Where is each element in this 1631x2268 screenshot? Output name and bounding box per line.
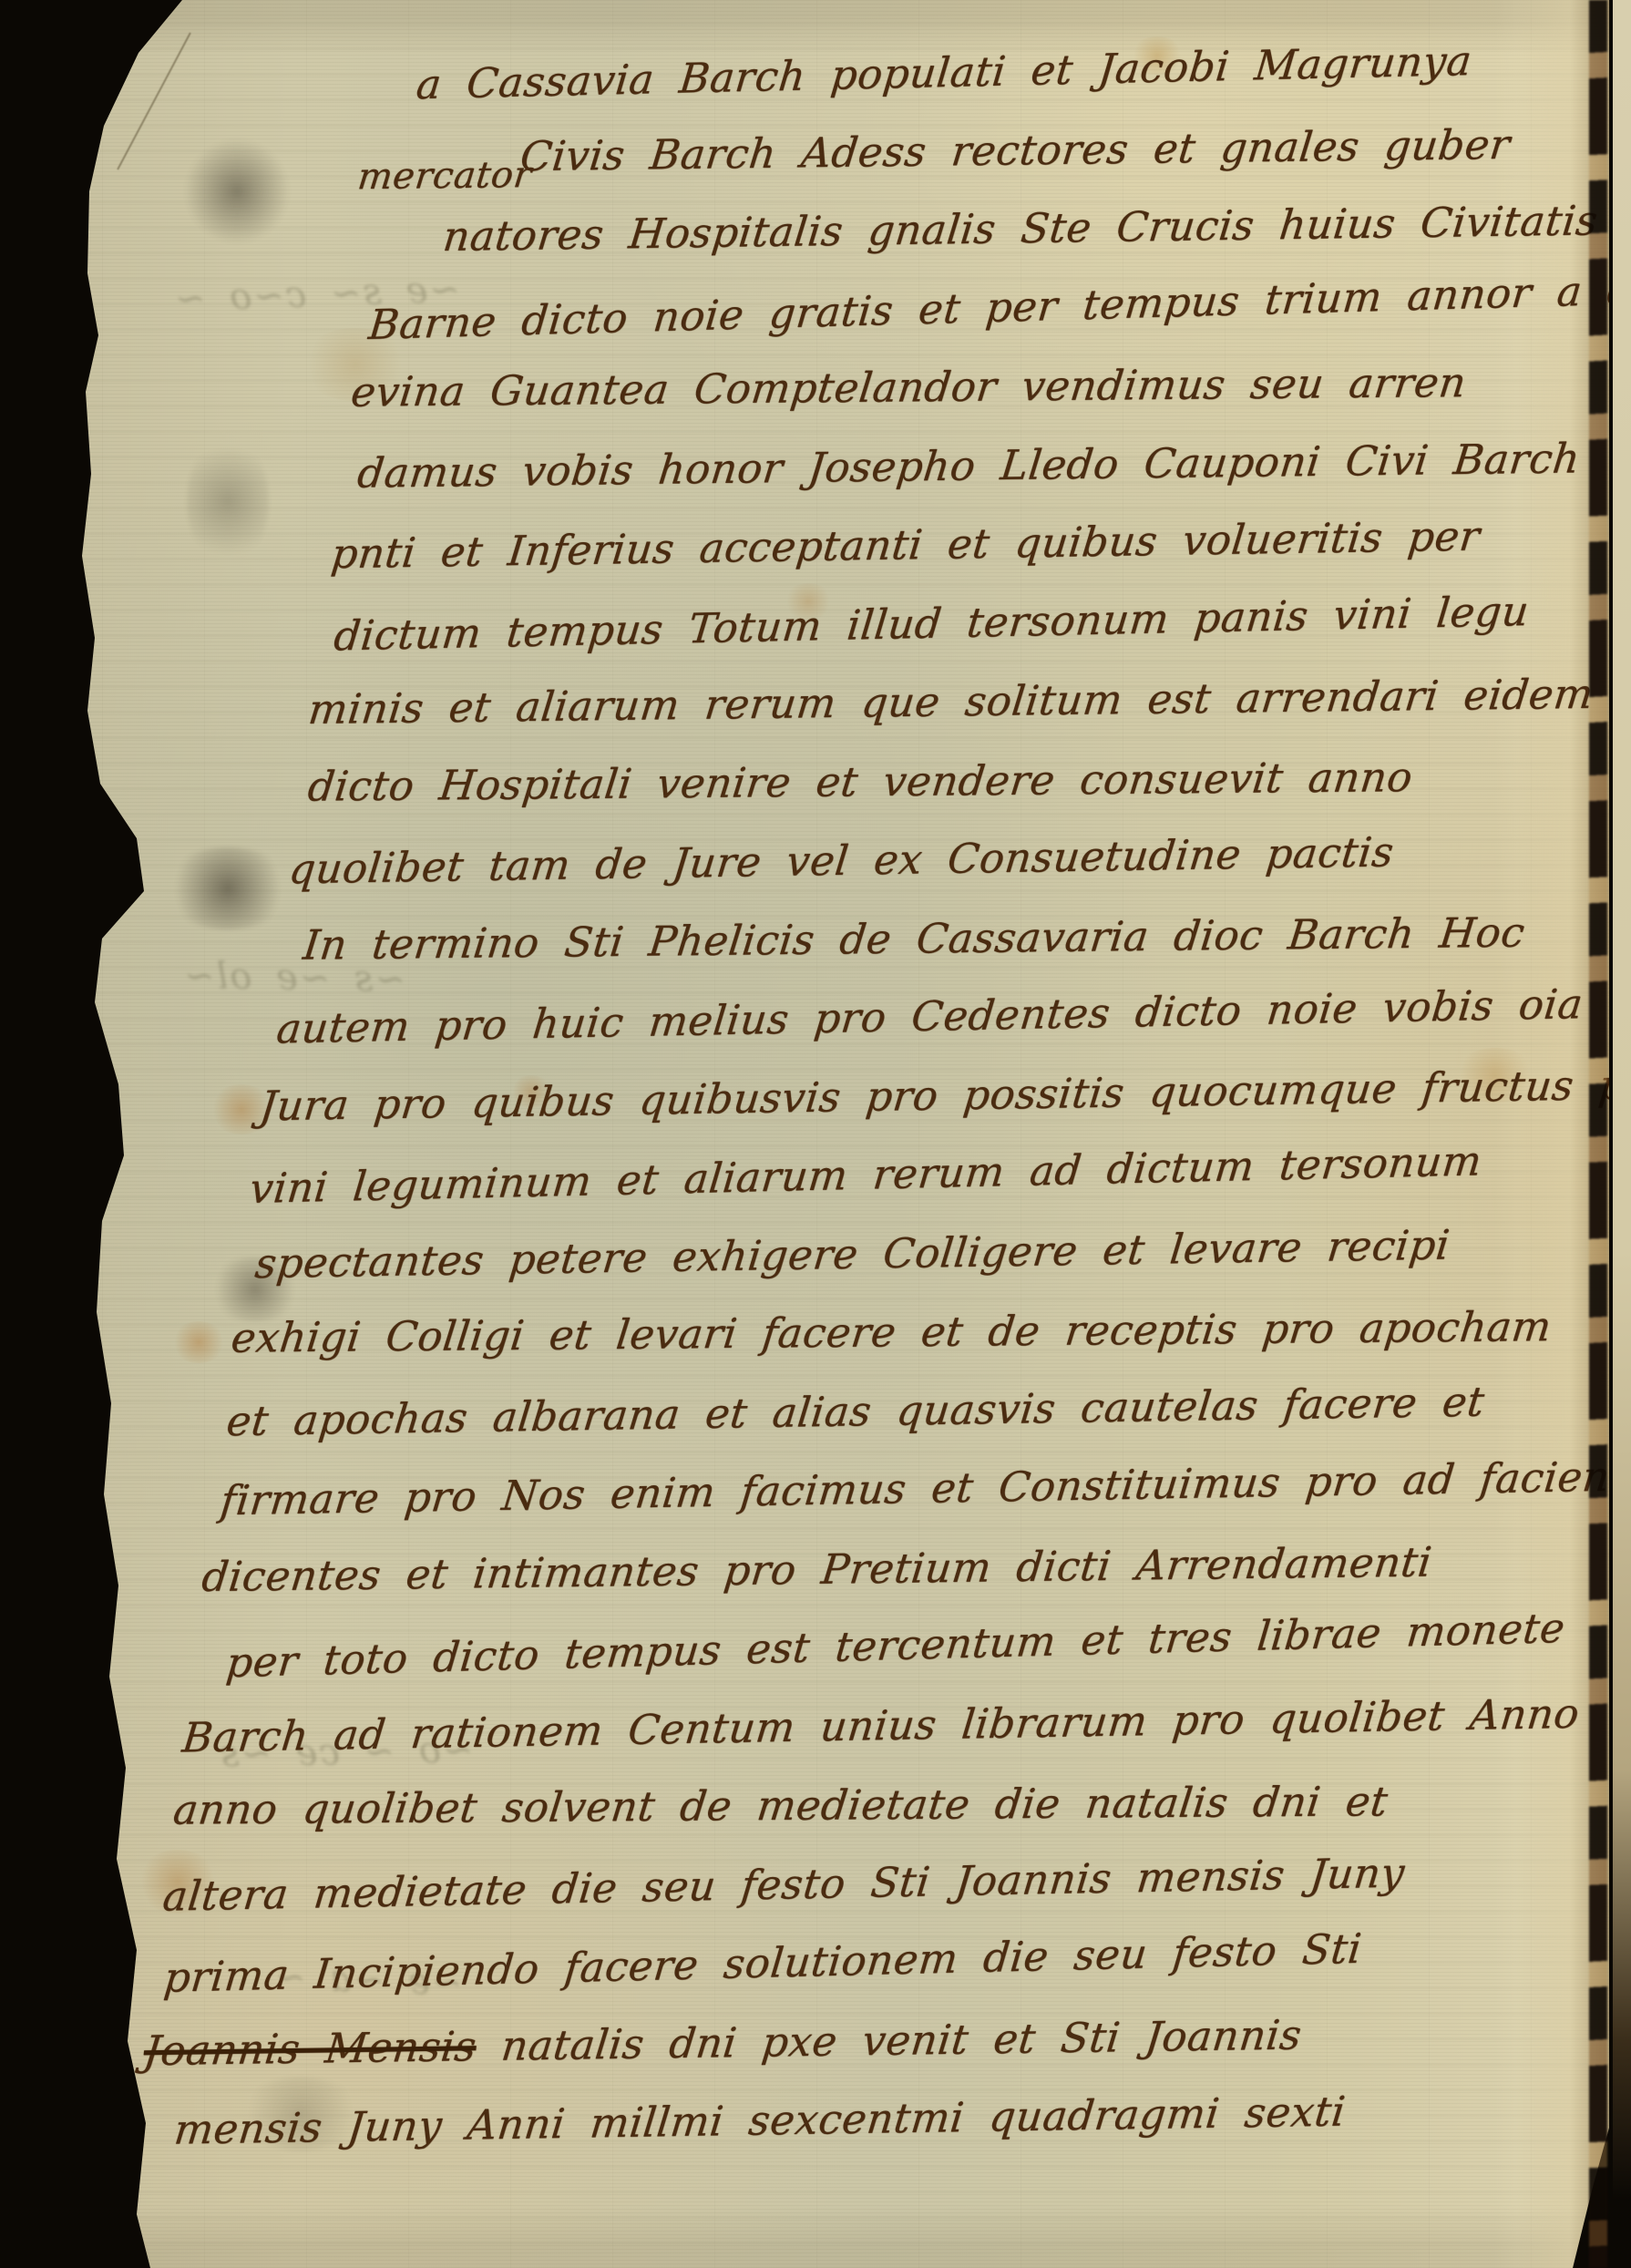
manuscript-line-26-strikethrough: Joannis Mensis — [141, 2022, 478, 2075]
manuscript-line-17: exhigi Colligi et levari facere et de re… — [227, 1288, 1440, 1378]
manuscript-scan: ~e s~ c~o ~ ~s ~e ol~ ~o ~ ce ~s ~e ~a ~… — [0, 0, 1631, 2268]
manuscript-line-23: anno quolibet solvent de medietate die n… — [169, 1762, 1381, 1850]
manuscript-line-10: dicto Hospitali venire et vendere consue… — [294, 737, 1507, 826]
manuscript-line-11: quolibet tam de Jure vel ex Consuetudine… — [285, 812, 1499, 909]
paper-sheet: ~e s~ c~o ~ ~s ~e ol~ ~o ~ ce ~s ~e ~a ~… — [0, 0, 1631, 2268]
manuscript-line-9: minis et aliarum rerum que solitum est a… — [304, 656, 1517, 750]
manuscript-line-26-text: natalis dni pxe venit et Sti Joannis — [499, 2010, 1305, 2069]
manuscript-line-5: evina Guantea Comptelandor vendimus seu … — [344, 343, 1556, 432]
adjacent-page-edge — [1613, 0, 1631, 2268]
binding-gutter-crack — [1589, 0, 1607, 2268]
manuscript-line-2-text: Civis Barch Adess rectores et gnales gub… — [518, 119, 1513, 180]
